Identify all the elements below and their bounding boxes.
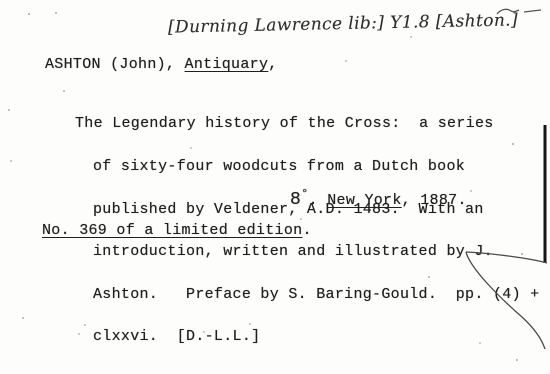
pen-dash-mark	[524, 10, 541, 12]
limited-edition-note: No. 369 of a limited edition.	[42, 224, 312, 238]
publication-place: New York	[327, 192, 401, 209]
description-line: introduction, written and illustrated by…	[93, 245, 539, 259]
imprint-line: 8°. New York, 1887.	[290, 192, 467, 209]
description-line: The Legendary history of the Cross: a se…	[75, 117, 539, 131]
publication-year: , 1887.	[402, 192, 467, 209]
author-name: ASHTON (John),	[45, 56, 185, 73]
handwritten-shelfmark-annotation: [Durning Lawrence lib:] Y1.8 [Ashton.]	[168, 10, 518, 37]
imprint-separator: .	[309, 192, 328, 209]
description-line: Ashton. Preface by S. Baring-Gould. pp. …	[93, 288, 539, 302]
author-role: Antiquary	[185, 56, 269, 73]
description-line: of sixty-four woodcuts from a Dutch book	[93, 160, 539, 174]
edition-note-text: No. 369 of a limited edition	[42, 222, 302, 239]
format-size: 8	[290, 190, 301, 210]
author-heading: ASHTON (John), Antiquary,	[45, 58, 278, 72]
degree-symbol: °	[301, 187, 309, 201]
author-role-suffix: ,	[268, 56, 277, 73]
edition-note-period: .	[302, 222, 311, 239]
description-line: clxxvi. [D.-L.L.]	[93, 330, 539, 344]
library-catalog-card: [Durning Lawrence lib:] Y1.8 [Ashton.] A…	[0, 0, 550, 374]
